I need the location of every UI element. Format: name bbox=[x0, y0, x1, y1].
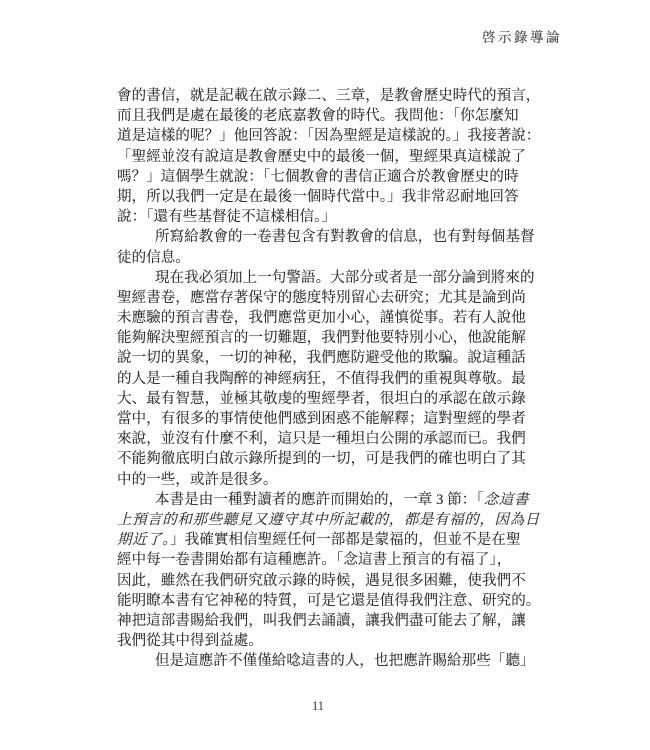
text-line: 會的書信，就是記載在啟示錄二、三章，是教會歷史時代的預言， bbox=[117, 86, 529, 106]
text-line: 能夠解決聖經預言的一切難題，我們對他要特別小心，他說能解 bbox=[117, 328, 529, 348]
text-line: 聖經書卷，應當存著保守的態度特別留心去研究；尤其是論到尚 bbox=[117, 288, 529, 308]
text-line: 但是這應許不僅僅給唸這書的人，也把應許賜給那些「聽」 bbox=[117, 651, 529, 671]
text-line: 大、最有智慧，並極其敬虔的聖經學者，很坦白的承認在啟示錄 bbox=[117, 389, 529, 409]
body-text-segment: 不能夠徹底明白啟示錄所提到的一切，可是我們的確也明白了其 bbox=[117, 451, 526, 467]
text-line: 當中，有很多的事情使他們感到困惑不能解釋；這對聖經的學者 bbox=[117, 409, 529, 429]
body-text-segment: 現在我必須加上一句警語。大部分或者是一部分論到將來的 bbox=[155, 270, 535, 286]
text-line: 徒的信息。 bbox=[117, 248, 529, 268]
body-text-segment: 「聖經並沒有說這是教會歷史中的最後一個，聖經果真這樣說了 bbox=[117, 149, 526, 165]
text-line: 說一切的異象，一切的神秘，我們應防避受他的欺騙。說這種話 bbox=[117, 348, 529, 368]
text-line: 能明瞭本書有它神秘的特質，可是它還是值得我們注意、研究的。 bbox=[117, 591, 529, 611]
scripture-quote-segment: 期近了。 bbox=[117, 532, 170, 548]
text-line: 中的一些，或許是很多。 bbox=[117, 470, 529, 490]
text-line: 經中每一卷書開始都有這種應許。「念這書上預言的有福了」， bbox=[117, 550, 529, 570]
scripture-quote-segment: 上預言的和那些聽見又遵守其中所記載的，都是有福的，因為日 bbox=[117, 512, 540, 528]
text-line: 我們從其中得到益處。 bbox=[117, 631, 529, 651]
text-line: 上預言的和那些聽見又遵守其中所記載的，都是有福的，因為日 bbox=[117, 510, 529, 530]
body-text-segment: 會的書信，就是記載在啟示錄二、三章，是教會歷史時代的預言， bbox=[117, 88, 540, 104]
body-text-segment: 中的一些，或許是很多。 bbox=[117, 472, 278, 488]
body-text-segment: 當中，有很多的事情使他們感到困惑不能解釋；這對聖經的學者 bbox=[117, 411, 526, 427]
body-text-segment: 嗎？」這個學生就說：「七個教會的書信正適合於教會歷史的時 bbox=[117, 169, 519, 185]
text-line: 的人是一種自我陶醉的神經病狂，不值得我們的重視與尊敬。最 bbox=[117, 369, 529, 389]
text-line: 神把這部書賜給我們，叫我們去誦讀，讓我們盡可能去了解，讓 bbox=[117, 611, 529, 631]
body-text-segment: 而且我們是處在最後的老底嘉教會的時代。我問他：「你怎麼知 bbox=[117, 108, 519, 124]
scripture-quote-segment: 念這書 bbox=[484, 492, 529, 508]
text-line: 而且我們是處在最後的老底嘉教會的時代。我問他：「你怎麼知 bbox=[117, 106, 529, 126]
body-text-segment: 能夠解決聖經預言的一切難題，我們對他要特別小心，他說能解 bbox=[117, 330, 526, 346]
body-text-segment: 所寫給教會的一卷書包含有對教會的信息，也有對每個基督 bbox=[155, 229, 535, 245]
text-line: 「聖經並沒有說這是教會歷史中的最後一個，聖經果真這樣說了 bbox=[117, 147, 529, 167]
text-line: 說：「還有些基督徒不這樣相信。」 bbox=[117, 207, 529, 227]
body-text-segment: 但是這應許不僅僅給唸這書的人，也把應許賜給那些「聽」 bbox=[155, 653, 535, 669]
page-number: 11 bbox=[0, 699, 636, 714]
body-text-segment: 因此，雖然在我們研究啟示錄的時候，遇見很多困難，使我們不 bbox=[117, 573, 526, 589]
running-head-title: 啓示錄導論 bbox=[482, 26, 562, 46]
body-text-segment: 」我確實相信聖經任何一部都是蒙福的，但並不是在聖 bbox=[170, 532, 520, 548]
text-line: 道是這樣的呢？」他回答說：「因為聖經是這樣說的。」我接著說： bbox=[117, 126, 529, 146]
text-line: 現在我必須加上一句警語。大部分或者是一部分論到將來的 bbox=[117, 268, 529, 288]
body-text-segment: 未應驗的預言書卷，我們應當更加小心，謹慎從事。若有人說他 bbox=[117, 310, 526, 326]
text-line: 因此，雖然在我們研究啟示錄的時候，遇見很多困難，使我們不 bbox=[117, 571, 529, 591]
body-text-segment: 來說，並沒有什麼不利，這只是一種坦白公開的承認而已。我們 bbox=[117, 431, 526, 447]
body-text-segment: 期，所以我們一定是在最後一個時代當中。」我非常忍耐地回答 bbox=[117, 189, 519, 205]
text-line: 所寫給教會的一卷書包含有對教會的信息，也有對每個基督 bbox=[117, 227, 529, 247]
body-text-segment: 的人是一種自我陶醉的神經病狂，不值得我們的重視與尊敬。最 bbox=[117, 371, 526, 387]
body-text-segment: 本書是由一種對讀者的應許而開始的，一章 3 節：「 bbox=[155, 492, 484, 508]
text-line: 期近了。」我確實相信聖經任何一部都是蒙福的，但並不是在聖 bbox=[117, 530, 529, 550]
body-text-segment: 經中每一卷書開始都有這種應許。「念這書上預言的有福了」， bbox=[117, 552, 511, 568]
text-line: 期，所以我們一定是在最後一個時代當中。」我非常忍耐地回答 bbox=[117, 187, 529, 207]
text-line: 來說，並沒有什麼不利，這只是一種坦白公開的承認而已。我們 bbox=[117, 429, 529, 449]
body-text-segment: 說一切的異象，一切的神秘，我們應防避受他的欺騙。說這種話 bbox=[117, 350, 526, 366]
body-text-segment: 道是這樣的呢？」他回答說：「因為聖經是這樣說的。」我接著說： bbox=[117, 128, 541, 144]
body-text-segment: 我們從其中得到益處。 bbox=[117, 633, 263, 649]
body-text-segment: 聖經書卷，應當存著保守的態度特別留心去研究；尤其是論到尚 bbox=[117, 290, 526, 306]
body-text-segment: 大、最有智慧，並極其敬虔的聖經學者，很坦白的承認在啟示錄 bbox=[117, 391, 526, 407]
text-line: 本書是由一種對讀者的應許而開始的，一章 3 節：「念這書 bbox=[117, 490, 529, 510]
body-text-segment: 說：「還有些基督徒不這樣相信。」 bbox=[117, 209, 336, 225]
text-line: 嗎？」這個學生就說：「七個教會的書信正適合於教會歷史的時 bbox=[117, 167, 529, 187]
body-text: 會的書信，就是記載在啟示錄二、三章，是教會歷史時代的預言，而且我們是處在最後的老… bbox=[117, 86, 529, 671]
body-text-segment: 能明瞭本書有它神秘的特質，可是它還是值得我們注意、研究的。 bbox=[117, 593, 540, 609]
text-line: 不能夠徹底明白啟示錄所提到的一切，可是我們的確也明白了其 bbox=[117, 449, 529, 469]
book-page: 啓示錄導論 會的書信，就是記載在啟示錄二、三章，是教會歷史時代的預言，而且我們是… bbox=[0, 0, 650, 750]
text-line: 未應驗的預言書卷，我們應當更加小心，謹慎從事。若有人說他 bbox=[117, 308, 529, 328]
body-text-segment: 神把這部書賜給我們，叫我們去誦讀，讓我們盡可能去了解，讓 bbox=[117, 613, 526, 629]
body-text-segment: 徒的信息。 bbox=[117, 250, 190, 266]
